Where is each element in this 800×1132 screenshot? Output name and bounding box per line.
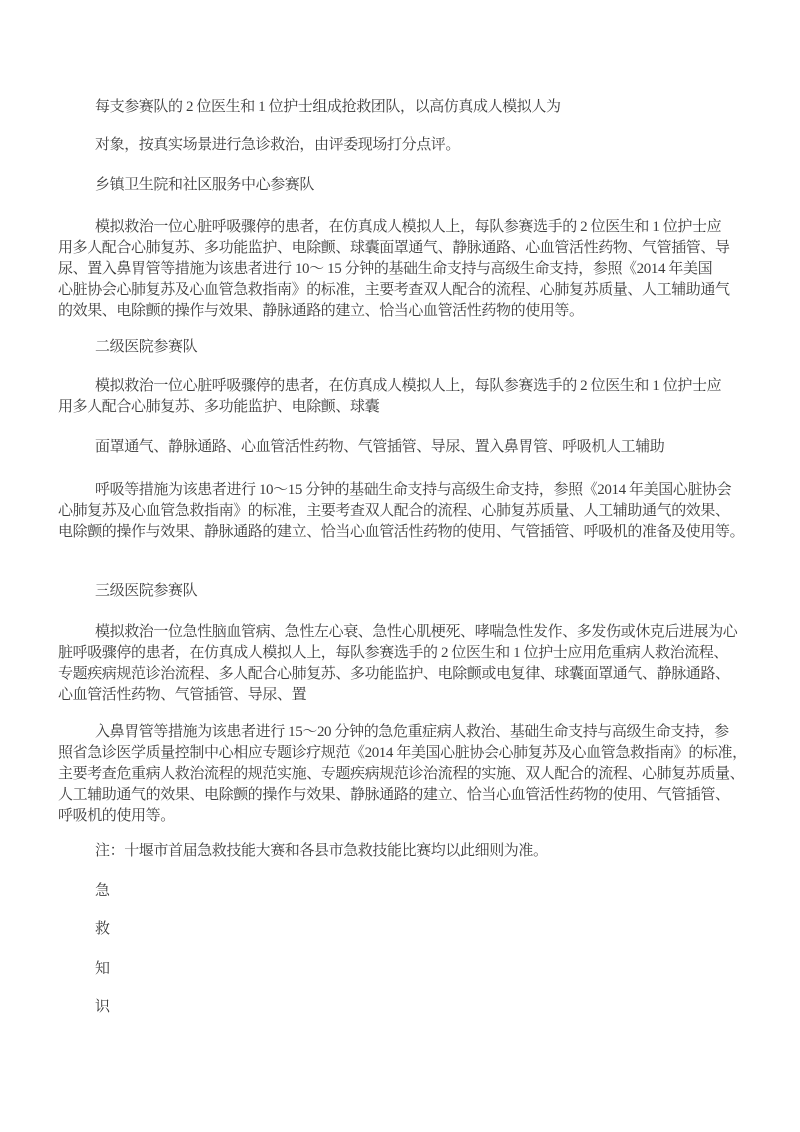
township-paragraph-line: 模拟救治一位心脏呼吸骤停的患者，在仿真成人模拟人上，每队参赛选手的 2 位医生和… — [58, 217, 734, 238]
level3-paragraph-line: 照省急诊医学质量控制中心相应专题诊疗规范《2014 年美国心脏协会心肺复苏及心血… — [58, 743, 734, 764]
level3-paragraph-line: 心血管活性药物、气管插管、导尿、置 — [58, 685, 734, 706]
text-column: 每支参赛队的 2 位医生和 1 位护士组成抢救团队，以高仿真成人模拟人为 对象，… — [58, 97, 734, 1018]
township-paragraph-line: 心脏协会心肺复苏及心血管急救指南》的标准，主要考查双人配合的流程、心肺复苏质量、… — [58, 280, 734, 301]
note-line: 注：十堰市首届急救技能大赛和各县市急救技能比赛均以此细则为准。 — [58, 841, 734, 862]
level3-paragraph-line: 主要考查危重病人救治流程的规范实施、专题疾病规范诊治流程的实施、双人配合的流程、… — [58, 764, 734, 785]
township-paragraph-line: 的效果、电除颤的操作与效果、静脉通路的建立、恰当心血管活性药物的使用等。 — [58, 301, 734, 322]
level2-paragraph-line: 呼吸等措施为该患者进行 10～15 分钟的基础生命支持与高级生命支持，参照《20… — [58, 480, 734, 501]
level3-paragraph-line: 呼吸机的使用等。 — [58, 806, 734, 827]
vertical-char-zhi: 知 — [58, 959, 734, 980]
document-page: 每支参赛队的 2 位医生和 1 位护士组成抢救团队，以高仿真成人模拟人为 对象，… — [0, 0, 800, 1132]
township-paragraph-line: 尿、置入鼻胃管等措施为该患者进行 10～ 15 分钟的基础生命支持与高级生命支持… — [58, 259, 734, 280]
level3-paragraph-line: 人工辅助通气的效果、电除颤的操作与效果、静脉通路的建立、恰当心血管活性药物的使用… — [58, 785, 734, 806]
vertical-char-shi: 识 — [58, 997, 734, 1018]
level2-paragraph-line: 电除颤的操作与效果、静脉通路的建立、恰当心血管活性药物的使用、气管插管、呼吸机的… — [58, 522, 734, 543]
intro-line-2: 对象，按真实场景进行急诊救治，由评委现场打分点评。 — [58, 135, 734, 156]
level2-paragraph-line: 心肺复苏及心血管急救指南》的标准，主要考查双人配合的流程、心肺复苏质量、人工辅助… — [58, 501, 734, 522]
level3-paragraph-line: 模拟救治一位急性脑血管病、急性左心衰、急性心肌梗死、哮喘急性发作、多发伤或休克后… — [58, 622, 734, 643]
township-team-heading: 乡镇卫生院和社区服务中心参赛队 — [58, 175, 734, 196]
level2-paragraph-line: 面罩通气、静脉通路、心血管活性药物、气管插管、导尿、置入鼻胃管、呼吸机人工辅助 — [58, 437, 734, 458]
level3-paragraph-line: 脏呼吸骤停的患者，在仿真成人模拟人上，每队参赛选手的 2 位医生和 1 位护士应… — [58, 643, 734, 664]
vertical-char-jiu: 救 — [58, 919, 734, 940]
level3-paragraph-line: 入鼻胃管等措施为该患者进行 15～20 分钟的急危重症病人救治、基础生命支持与高… — [58, 722, 734, 743]
vertical-char-ji: 急 — [58, 881, 734, 902]
intro-line-1: 每支参赛队的 2 位医生和 1 位护士组成抢救团队，以高仿真成人模拟人为 — [58, 97, 734, 118]
level2-paragraph-line: 模拟救治一位心脏呼吸骤停的患者，在仿真成人模拟人上，每队参赛选手的 2 位医生和… — [58, 376, 734, 397]
level3-paragraph-line: 专题疾病规范诊治流程、多人配合心肺复苏、多功能监护、电除颤或电复律、球囊面罩通气… — [58, 664, 734, 685]
level2-hospital-heading: 二级医院参赛队 — [58, 337, 734, 358]
township-paragraph-line: 用多人配合心肺复苏、多功能监护、电除颤、球囊面罩通气、静脉通路、心血管活性药物、… — [58, 238, 734, 259]
level3-hospital-heading: 三级医院参赛队 — [58, 581, 734, 602]
level2-paragraph-line: 用多人配合心肺复苏、多功能监护、电除颤、球囊 — [58, 397, 734, 418]
